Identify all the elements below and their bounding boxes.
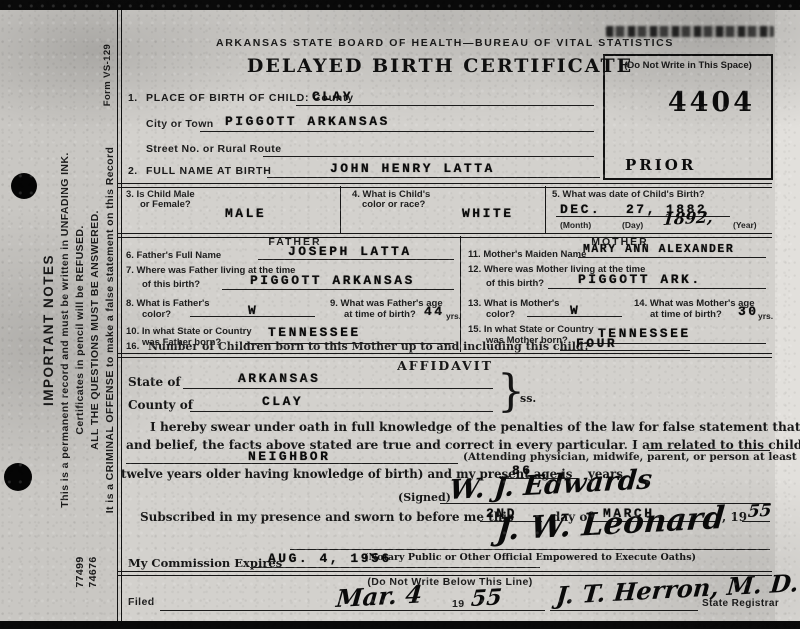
county-of-value: CLAY	[262, 394, 303, 409]
year-caption: (Year)	[733, 220, 757, 230]
dob-year-handwritten: 1892,	[662, 207, 714, 229]
father-birthplace-value: TENNESSEE	[268, 325, 361, 340]
q7-underline	[222, 289, 454, 290]
state-of-value: ARKANSAS	[238, 371, 320, 386]
father-age-value: 44	[424, 304, 445, 319]
field1-number: 1.	[128, 92, 138, 104]
sidebar-important-notes: IMPORTANT NOTES This is a permanent reco…	[35, 90, 121, 570]
sex-label-2: or Female?	[140, 199, 191, 210]
father-mother-divider	[460, 236, 461, 352]
row3-divider-2	[545, 186, 546, 234]
city-value: PIGGOTT ARKANSAS	[225, 114, 390, 129]
q9-label-2: at time of birth?	[344, 309, 416, 320]
county-of-underline	[190, 411, 493, 412]
q10-label-1: 10. In what State or Country	[126, 326, 252, 337]
scan-smudge-top-right	[606, 26, 774, 37]
q16-label: Number of Children born to this Mother u…	[148, 340, 590, 353]
q11-label: 11. Mother's Maiden Name	[468, 249, 586, 260]
sidebar-note-answered: ALL THE QUESTIONS MUST BE ANSWERED.	[89, 210, 101, 450]
form-left-border	[117, 10, 122, 621]
stamp-box: (Do Not Write in This Space) 4404 PRIOR	[603, 54, 773, 180]
father-residence-value: PIGGOTT ARKANSAS	[250, 273, 415, 288]
field2-label: FULL NAME AT BIRTH	[146, 165, 272, 177]
q13-underline	[527, 316, 622, 317]
scanned-birth-certificate: IMPORTANT NOTES This is a permanent reco…	[0, 0, 800, 629]
state-underline	[183, 388, 493, 389]
film-number-2: 74676	[87, 540, 100, 604]
q16-underline	[560, 350, 690, 351]
q11-underline	[578, 257, 766, 258]
father-name-value: JOSEPH LATTA	[288, 244, 412, 259]
affidavit-paragraph-1: I hereby swear under oath in full knowle…	[150, 420, 800, 434]
county-of-label: County of	[128, 398, 193, 412]
county-underline	[296, 105, 594, 106]
registrar-underline	[550, 610, 698, 611]
form-number: Form VS-129	[97, 30, 111, 120]
hole-punch-top	[11, 173, 37, 199]
q14-label-1: 14. What was Mother's age	[634, 298, 755, 309]
stamp-box-label: (Do Not Write in This Space)	[605, 60, 771, 71]
full-name-underline	[267, 177, 600, 178]
certificate-number: 4404	[605, 87, 771, 118]
sworn-year-underline	[742, 521, 770, 522]
dob-label: 5. What was date of Child's Birth?	[552, 189, 705, 200]
subscribed-text: Subscribed in my presence and sworn to b…	[140, 510, 514, 524]
q14-label-2: at time of birth?	[650, 309, 722, 320]
registrar-label: State Registrar	[702, 598, 779, 609]
day-caption: (Day)	[622, 220, 643, 230]
row3-divider-1	[340, 186, 341, 234]
father-age-unit: yrs.	[446, 311, 461, 321]
q6-underline	[258, 259, 454, 260]
commission-value: AUG. 4, 1956	[268, 551, 392, 566]
dob-day-value: 27,	[626, 202, 657, 217]
sworn-year-handwritten: 55	[747, 501, 772, 522]
field2-number: 2.	[128, 165, 138, 177]
race-label-2: color or race?	[362, 199, 425, 210]
filed-year-handwritten: 55	[470, 584, 503, 612]
q13-label-1: 13. What is Mother's	[468, 298, 559, 309]
film-numbers: 77499 74676	[74, 540, 102, 604]
scan-edge-top	[0, 0, 800, 10]
q12-label-2: of this birth?	[486, 278, 544, 289]
sidebar-title: IMPORTANT NOTES	[41, 254, 56, 406]
scan-edge-bottom	[0, 621, 800, 629]
document-title: DELAYED BIRTH CERTIFICATE	[220, 55, 660, 77]
race-value: WHITE	[462, 206, 514, 221]
attending-caption-1: (Attending physician, midwife, parent, o…	[463, 451, 797, 463]
scan-margin-right	[775, 10, 800, 621]
q8-underline	[190, 316, 315, 317]
sidebar-note-criminal: It is a CRIMINAL OFFENSE to make a false…	[104, 147, 116, 514]
affidavit-title: AFFIDAVIT	[300, 358, 590, 373]
city-underline	[200, 131, 594, 132]
city-label: City or Town	[146, 118, 214, 130]
filed-date-handwritten: Mar. 4	[335, 579, 423, 613]
prior-stamp: PRIOR	[625, 156, 696, 174]
street-label: Street No. or Rural Route	[146, 143, 281, 155]
mother-age-unit: yrs.	[758, 311, 773, 321]
q8-label-1: 8. What is Father's	[126, 298, 210, 309]
sex-value: MALE	[225, 206, 266, 221]
filed-year-prefix: 19	[452, 598, 464, 610]
sidebar-note-refused: Certificates in pencil will be REFUSED.	[74, 225, 86, 434]
full-name-value: JOHN HENRY LATTA	[330, 161, 495, 176]
q7-label-2: of this birth?	[142, 279, 200, 290]
children-count-value: FOUR	[576, 336, 617, 351]
agency-name: ARKANSAS STATE BOARD OF HEALTH—BUREAU OF…	[190, 37, 700, 49]
notary-signature: J. W. Leonard	[495, 500, 726, 548]
q6-label: 6. Father's Full Name	[126, 250, 221, 261]
mother-name-value: MARY ANN ALEXANDER	[583, 243, 734, 256]
q12-underline	[548, 288, 766, 289]
street-underline	[263, 156, 594, 157]
dob-month-value: DEC.	[560, 202, 601, 217]
q15-label-1: 15. In what State or Country	[468, 324, 594, 335]
q8-label-2: color?	[142, 309, 171, 320]
notary-underline	[290, 549, 770, 550]
relation-value: NEIGHBOR	[248, 449, 330, 464]
film-number-1: 77499	[74, 540, 87, 604]
q13-label-2: color?	[486, 309, 515, 320]
commission-underline	[250, 567, 540, 568]
hole-punch-bottom	[4, 463, 32, 491]
rule-1	[117, 183, 772, 188]
mother-residence-value: PIGGOTT ARK.	[578, 272, 702, 287]
filed-label: Filed	[128, 596, 155, 608]
county-value: CLAY	[312, 89, 353, 104]
ss-label: ss.	[520, 392, 536, 405]
month-caption: (Month)	[560, 220, 591, 230]
mother-age-value: 30	[738, 304, 759, 319]
q16-number: 16.	[126, 341, 139, 352]
state-of-label: State of	[128, 375, 181, 389]
sidebar-note-ink: This is a permanent record and must be w…	[59, 152, 71, 507]
